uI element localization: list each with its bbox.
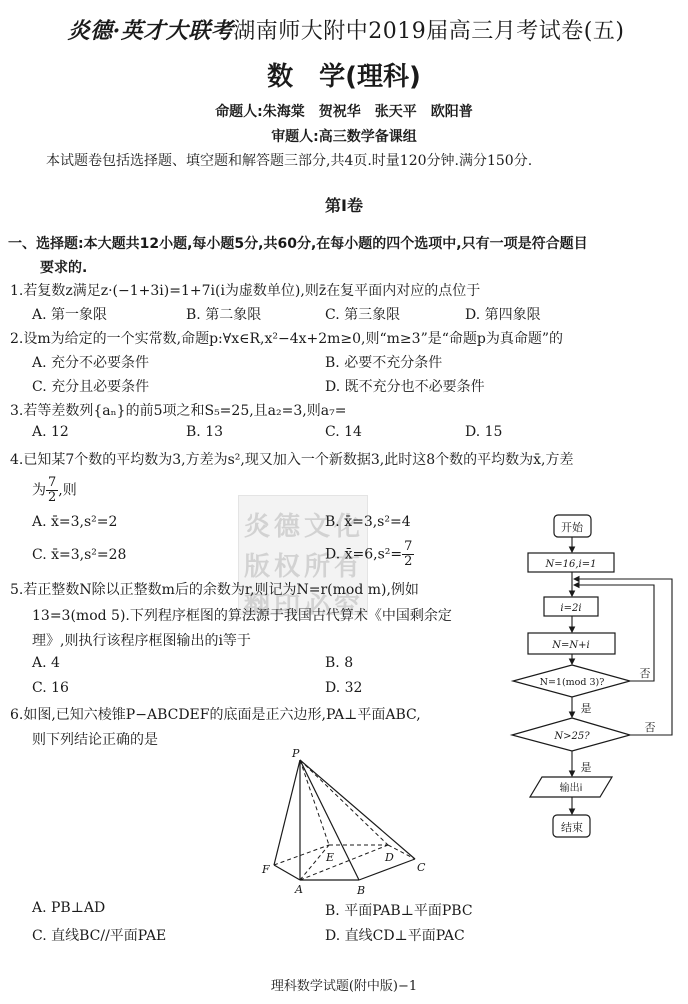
- option-text: D. x̄=6,s²=: [325, 547, 402, 563]
- question-5-line2: 13=3(mod 5).下列程序框图的算法源于我国古代算术《中国剩余定: [32, 605, 452, 625]
- label-a: A: [294, 883, 303, 895]
- label-b: B: [356, 884, 365, 895]
- flow-step2-label: N=N+i: [551, 640, 589, 651]
- program-flowchart: 开始 N=16,i=1 i=2i N=N+i N=1(mod 3)? N>25?…: [500, 505, 688, 850]
- question-number: 5.: [10, 582, 23, 598]
- section-title: 一、选择题:本大题共12小题,每小题5分,共60分,在每小题的四个选项中,只有一…: [8, 232, 680, 280]
- q1-option-a[interactable]: A. 第一象限: [32, 304, 107, 324]
- q2-option-a[interactable]: A. 充分不必要条件: [32, 352, 149, 372]
- q2-option-d[interactable]: D. 既不充分也不必要条件: [325, 376, 485, 396]
- fraction: 72: [46, 476, 58, 505]
- q3-option-b[interactable]: B. 13: [186, 424, 223, 440]
- label-c: C: [417, 861, 426, 874]
- authors-line: 命题人:朱海棠 贺祝华 张天平 欧阳普: [0, 101, 688, 121]
- question-3: 3.若等差数列{aₙ}的前5项之和S₅=25,且a₂=3,则a₇=: [10, 400, 346, 420]
- q5-option-c[interactable]: C. 16: [32, 680, 69, 696]
- reviewer-line: 审题人:高三数学备课组: [0, 126, 688, 146]
- q3-option-c[interactable]: C. 14: [325, 424, 362, 440]
- question-stem: 设m为给定的一个实常数,命题p:∀x∈R,x²−4x+2m≥0,则“m≥3”是“…: [23, 331, 563, 347]
- q4-option-a[interactable]: A. x̄=3,s²=2: [32, 514, 117, 530]
- q4-option-b[interactable]: B. x̄=3,s²=4: [325, 514, 411, 530]
- question-1: 1.若复数z满足z·(−1+3i)=1+7i(i为虚数单位),则z̄在复平面内对…: [10, 280, 480, 300]
- subject-title: 数 学(理科): [0, 56, 688, 93]
- flow-start-label: 开始: [561, 520, 584, 534]
- q1-option-d[interactable]: D. 第四象限: [465, 304, 541, 324]
- q6-option-b[interactable]: B. 平面PAB⊥平面PBC: [325, 900, 473, 920]
- question-number: 4.: [10, 452, 23, 468]
- authors-label: 命题人:: [215, 104, 263, 120]
- question-number: 3.: [10, 403, 23, 419]
- exam-intro: 本试题卷包括选择题、填空题和解答题三部分,共4页.时量120分钟.满分150分.: [46, 150, 532, 170]
- label-p: P: [291, 747, 300, 760]
- q1-option-c[interactable]: C. 第三象限: [325, 304, 400, 324]
- exam-header: 炎德·英才大联考湖南师大附中2019届高三月考试卷(五): [16, 14, 676, 45]
- label-d: D: [384, 851, 394, 864]
- flow-step1-label: i=2i: [560, 603, 581, 614]
- flow-cond2-label: N>25?: [553, 731, 590, 742]
- stem-text: ,则: [58, 483, 76, 499]
- question-number: 1.: [10, 283, 23, 299]
- question-stem: 若等差数列{aₙ}的前5项之和S₅=25,且a₂=3,则a₇=: [23, 403, 346, 419]
- flow-end-label: 结束: [561, 820, 583, 834]
- question-2: 2.设m为给定的一个实常数,命题p:∀x∈R,x²−4x+2m≥0,则“m≥3”…: [10, 328, 563, 348]
- question-4-line2: 为72,则: [32, 476, 77, 505]
- reviewer-name: 高三数学备课组: [319, 129, 417, 145]
- q4-option-d[interactable]: D. x̄=6,s²=72: [325, 540, 414, 569]
- authors-names: 朱海棠 贺祝华 张天平 欧阳普: [263, 104, 473, 120]
- q5-option-a[interactable]: A. 4: [32, 655, 60, 671]
- q5-option-d[interactable]: D. 32: [325, 680, 362, 696]
- q3-option-d[interactable]: D. 15: [465, 424, 502, 440]
- hexagonal-pyramid-figure: P A B C D E F: [240, 745, 440, 895]
- question-stem: 若复数z满足z·(−1+3i)=1+7i(i为虚数单位),则z̄在复平面内对应的…: [23, 283, 480, 299]
- stem-text: 为: [32, 483, 46, 499]
- question-5: 5.若正整数N除以正整数m后的余数为r,则记为N=r(mod m),例如: [10, 579, 419, 599]
- section-title-line1: 一、选择题:本大题共12小题,每小题5分,共60分,在每小题的四个选项中,只有一…: [8, 236, 588, 252]
- question-6: 6.如图,已知六棱锥P−ABCDEF的底面是正六边形,PA⊥平面ABC,: [10, 704, 421, 724]
- question-number: 6.: [10, 707, 23, 723]
- flow-init-label: N=16,i=1: [545, 559, 597, 570]
- frac-den: 2: [46, 491, 58, 505]
- question-stem: 如图,已知六棱锥P−ABCDEF的底面是正六边形,PA⊥平面ABC,: [23, 707, 420, 723]
- question-number: 2.: [10, 331, 23, 347]
- flow-yes-label-1: 是: [581, 702, 592, 715]
- flow-no-label-2: 否: [645, 721, 656, 734]
- q6-option-d[interactable]: D. 直线CD⊥平面PAC: [325, 925, 465, 945]
- reviewer-label: 审题人:: [271, 129, 319, 145]
- brand-name: 炎德·英才大联考: [68, 18, 234, 44]
- volume-title: 第Ⅰ卷: [0, 193, 688, 216]
- section-title-line2: 要求的.: [8, 256, 680, 280]
- q1-option-b[interactable]: B. 第二象限: [186, 304, 261, 324]
- page-footer: 理科数学试题(附中版)−1: [0, 975, 688, 994]
- question-5-line3: 理》,则执行该程序框图输出的i等于: [32, 630, 251, 650]
- exam-title: 湖南师大附中2019届高三月考试卷(五): [233, 19, 624, 44]
- fraction: 72: [402, 540, 414, 569]
- frac-num: 7: [46, 476, 58, 491]
- label-e: E: [325, 851, 334, 864]
- question-4: 4.已知某7个数的平均数为3,方差为s²,现又加入一个新数据3,此时这8个数的平…: [10, 449, 573, 469]
- frac-num: 7: [402, 540, 414, 555]
- q2-option-b[interactable]: B. 必要不充分条件: [325, 352, 442, 372]
- q2-option-c[interactable]: C. 充分且必要条件: [32, 376, 149, 396]
- q6-option-a[interactable]: A. PB⊥AD: [32, 900, 105, 916]
- flow-cond1-label: N=1(mod 3)?: [540, 677, 605, 688]
- flow-yes-label-2: 是: [581, 761, 592, 774]
- flow-output-label: 输出i: [560, 781, 583, 794]
- flow-no-label-1: 否: [640, 667, 651, 680]
- frac-den: 2: [402, 555, 414, 569]
- q5-option-b[interactable]: B. 8: [325, 655, 353, 671]
- q3-option-a[interactable]: A. 12: [32, 424, 69, 440]
- question-stem: 若正整数N除以正整数m后的余数为r,则记为N=r(mod m),例如: [23, 582, 419, 598]
- q4-option-c[interactable]: C. x̄=3,s²=28: [32, 547, 126, 563]
- question-stem: 已知某7个数的平均数为3,方差为s²,现又加入一个新数据3,此时这8个数的平均数…: [23, 452, 573, 468]
- label-f: F: [261, 863, 270, 876]
- q6-option-c[interactable]: C. 直线BC//平面PAE: [32, 925, 166, 945]
- question-6-line2: 则下列结论正确的是: [32, 729, 158, 749]
